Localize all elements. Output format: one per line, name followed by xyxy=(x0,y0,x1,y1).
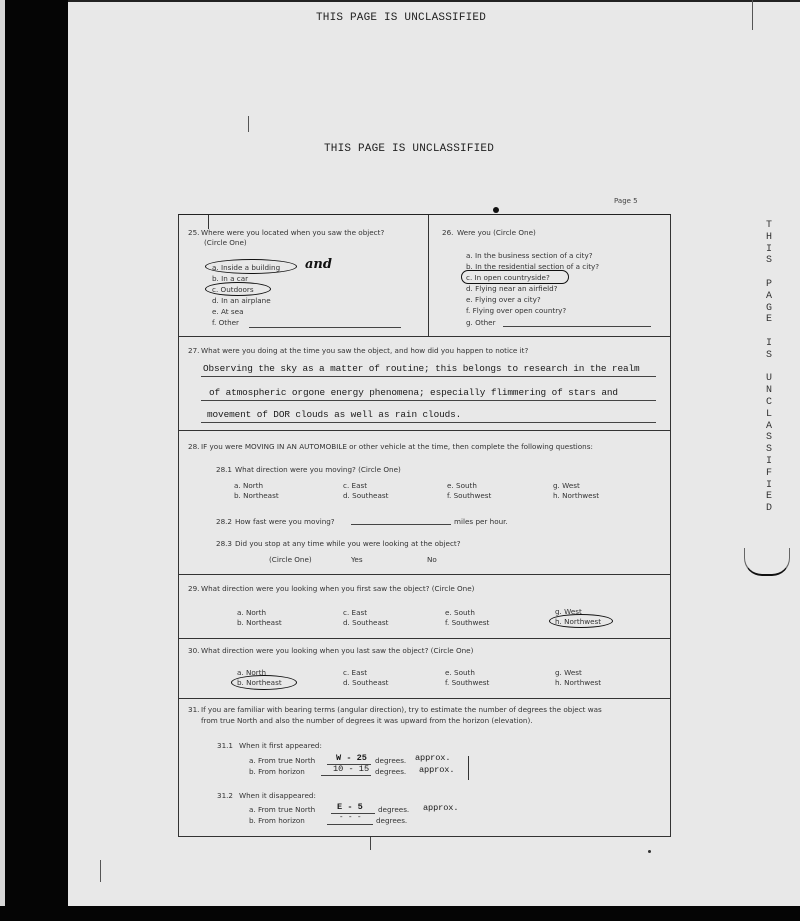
side-banner-letter: I xyxy=(762,456,776,468)
q30-option-g[interactable]: g. West xyxy=(555,668,582,677)
side-banner-letter: C xyxy=(762,397,776,409)
q29-option-d[interactable]: d. Southeast xyxy=(343,618,388,627)
q29-option-c[interactable]: c. East xyxy=(343,608,367,617)
scan-black-border-bottom xyxy=(0,906,800,921)
q30-b-circle-mark xyxy=(231,675,297,690)
scan-black-border-left xyxy=(5,0,68,921)
q28-3-instruction: (Circle One) xyxy=(269,555,312,564)
q28-2-number: 28.2 xyxy=(216,517,232,526)
q25-option-f[interactable]: f. Other xyxy=(212,318,239,327)
q28-1-option-g[interactable]: g. West xyxy=(553,481,580,490)
q28-1-option-c[interactable]: c. East xyxy=(343,481,367,490)
side-banner-letter: E xyxy=(762,491,776,503)
q31-1-a-value: W - 25 xyxy=(336,753,367,763)
ink-dot xyxy=(648,850,651,853)
q31-2-a-unit: degrees. xyxy=(378,805,409,814)
side-banner-letter: S xyxy=(762,350,776,362)
side-banner-letter: P xyxy=(762,279,776,291)
q28-1-question: What direction were you moving? (Circle … xyxy=(235,465,401,474)
q30-option-h[interactable]: h. Northwest xyxy=(555,678,601,687)
q26-number: 26. xyxy=(442,228,453,237)
q28-1-option-e[interactable]: e. South xyxy=(447,481,477,490)
side-banner-letter: F xyxy=(762,468,776,480)
q25-handwritten-note: and xyxy=(305,257,332,272)
q27-answer-rule-3 xyxy=(201,422,656,423)
q28-1-number: 28.1 xyxy=(216,465,232,474)
section-q30: 30. What direction were you looking when… xyxy=(179,638,670,699)
side-banner-letter: D xyxy=(762,503,776,515)
q29-option-b[interactable]: b. Northeast xyxy=(237,618,282,627)
q28-2-suffix: miles per hour. xyxy=(454,517,508,526)
scan-scratch xyxy=(100,860,101,882)
side-banner-letter xyxy=(762,267,776,279)
side-banner-letter: U xyxy=(762,373,776,385)
q31-1-b-note: approx. xyxy=(419,765,454,775)
q29-question: What direction were you looking when you… xyxy=(201,584,474,593)
side-banner-letter: S xyxy=(762,444,776,456)
q31-2-a-value: E - 5 xyxy=(337,802,363,812)
section-q27: 27. What were you doing at the time you … xyxy=(179,336,670,431)
q27-number: 27. xyxy=(188,346,199,355)
side-banner-letter: G xyxy=(762,303,776,315)
page-number: Page 5 xyxy=(614,197,638,205)
side-banner-letter: H xyxy=(762,232,776,244)
q31-1-b-value: 10 - 15 xyxy=(333,764,369,774)
side-banner-letter: T xyxy=(762,220,776,232)
q28-3-option-yes[interactable]: Yes xyxy=(351,555,363,564)
side-banner-letter: S xyxy=(762,432,776,444)
q26-option-d[interactable]: d. Flying near an airfield? xyxy=(466,284,558,293)
q25-option-d[interactable]: d. In an airplane xyxy=(212,296,271,305)
q25-a-circle-mark xyxy=(205,259,297,274)
q26-option-a[interactable]: a. In the business section of a city? xyxy=(466,251,593,260)
q25-option-e[interactable]: e. At sea xyxy=(212,307,243,316)
q25-question: Where were you located when you saw the … xyxy=(201,228,384,237)
section-q31: 31. If you are familiar with bearing ter… xyxy=(179,698,670,836)
q25-c-circle-mark xyxy=(205,282,271,296)
q26-option-g[interactable]: g. Other xyxy=(466,318,496,327)
q26-other-line[interactable] xyxy=(503,326,651,327)
section-q28: 28. IF you were MOVING IN AN AUTOMOBILE … xyxy=(179,430,670,575)
q31-2-b-unit: degrees. xyxy=(376,816,407,825)
side-banner-letter: N xyxy=(762,385,776,397)
q31-2-b-value: - - - xyxy=(339,814,362,822)
q27-answer-rule-2 xyxy=(201,400,656,401)
side-banner-letter: A xyxy=(762,291,776,303)
q28-3-option-no[interactable]: No xyxy=(427,555,437,564)
ink-vertical-mark xyxy=(468,756,469,780)
q29-option-e[interactable]: e. South xyxy=(445,608,475,617)
q31-question-line-2: from true North and also the number of d… xyxy=(201,716,533,725)
top-classification-banner: THIS PAGE IS UNCLASSIFIED xyxy=(316,12,486,24)
q28-2-question: How fast were you moving? xyxy=(235,517,335,526)
side-banner-letter: I xyxy=(762,480,776,492)
q31-question-line-1: If you are familiar with bearing terms (… xyxy=(201,705,602,714)
q31-2-b-input[interactable] xyxy=(327,824,373,825)
side-banner-letter: I xyxy=(762,244,776,256)
side-banner-letter xyxy=(762,362,776,374)
q28-1-option-f[interactable]: f. Southwest xyxy=(447,491,491,500)
q29-h-circle-mark xyxy=(549,614,613,628)
side-banner-letter: E xyxy=(762,314,776,326)
q26-option-e[interactable]: e. Flying over a city? xyxy=(466,295,541,304)
q31-2-b-label: b. From horizon xyxy=(249,816,305,825)
scan-scratch xyxy=(248,116,249,132)
q31-1-a-unit: degrees. xyxy=(375,756,406,765)
q28-1-option-a[interactable]: a. North xyxy=(234,481,263,490)
side-banner-letter: A xyxy=(762,421,776,433)
q28-1-option-h[interactable]: h. Northwest xyxy=(553,491,599,500)
q31-1-label: When it first appeared: xyxy=(239,741,322,750)
ink-bracket-mark xyxy=(744,548,790,576)
ink-dot xyxy=(493,207,499,213)
q31-1-a-note: approx. xyxy=(415,753,450,763)
q27-answer-rule-1 xyxy=(201,376,656,377)
q30-option-c[interactable]: c. East xyxy=(343,668,367,677)
q26-question: Were you (Circle One) xyxy=(457,228,536,237)
q27-question: What were you doing at the time you saw … xyxy=(201,346,528,355)
q29-option-f[interactable]: f. Southwest xyxy=(445,618,489,627)
q25-other-line[interactable] xyxy=(249,327,401,328)
q26-c-circle-mark xyxy=(461,270,569,284)
side-classification-banner: THISPAGEISUNCLASSIFIED xyxy=(762,220,776,515)
q27-answer-line-3[interactable]: movement of DOR clouds as well as rain c… xyxy=(207,409,461,420)
mid-classification-banner: THIS PAGE IS UNCLASSIFIED xyxy=(324,143,494,155)
q27-answer-line-1[interactable]: Observing the sky as a matter of routine… xyxy=(203,363,640,374)
q25-instruction: (Circle One) xyxy=(204,238,247,247)
q31-1-b-input[interactable] xyxy=(321,775,371,776)
q28-1-option-d[interactable]: d. Southeast xyxy=(343,491,388,500)
q25-number: 25. xyxy=(188,228,199,237)
q29-number: 29. xyxy=(188,584,199,593)
q30-option-f[interactable]: f. Southwest xyxy=(445,678,489,687)
q30-number: 30. xyxy=(188,646,199,655)
side-banner-letter: S xyxy=(762,255,776,267)
q31-1-b-unit: degrees. xyxy=(375,767,406,776)
q30-option-d[interactable]: d. Southeast xyxy=(343,678,388,687)
q30-question: What direction were you looking when you… xyxy=(201,646,473,655)
side-banner-letter: I xyxy=(762,338,776,350)
q28-3-number: 28.3 xyxy=(216,539,232,548)
q28-1-option-b[interactable]: b. Northeast xyxy=(234,491,279,500)
q27-answer-line-2[interactable]: of atmospheric orgone energy phenomena; … xyxy=(209,387,618,398)
section-q29: 29. What direction were you looking when… xyxy=(179,574,670,639)
scan-scratch xyxy=(370,836,371,850)
q28-3-question: Did you stop at any time while you were … xyxy=(235,539,461,548)
side-banner-letter: L xyxy=(762,409,776,421)
q31-2-a-note: approx. xyxy=(423,803,458,813)
q31-2-number: 31.2 xyxy=(217,791,233,800)
q31-number: 31. xyxy=(188,705,199,714)
q29-option-a[interactable]: a. North xyxy=(237,608,266,617)
section-q25-q26: 25. Where were you located when you saw … xyxy=(179,215,670,337)
q31-2-a-label: a. From true North xyxy=(249,805,315,814)
sighting-questionnaire-form: 25. Where were you located when you saw … xyxy=(178,214,671,837)
side-banner-letter xyxy=(762,326,776,338)
q28-question: IF you were MOVING IN AN AUTOMOBILE or o… xyxy=(201,442,593,451)
q26-option-f[interactable]: f. Flying over open country? xyxy=(466,306,566,315)
q31-1-number: 31.1 xyxy=(217,741,233,750)
q28-2-speed-input[interactable] xyxy=(351,524,451,525)
q31-1-b-label: b. From horizon xyxy=(249,767,305,776)
q28-number: 28. xyxy=(188,442,199,451)
q31-1-a-label: a. From true North xyxy=(249,756,315,765)
q30-option-e[interactable]: e. South xyxy=(445,668,475,677)
scan-scratch xyxy=(752,0,753,30)
q31-2-label: When it disappeared: xyxy=(239,791,316,800)
